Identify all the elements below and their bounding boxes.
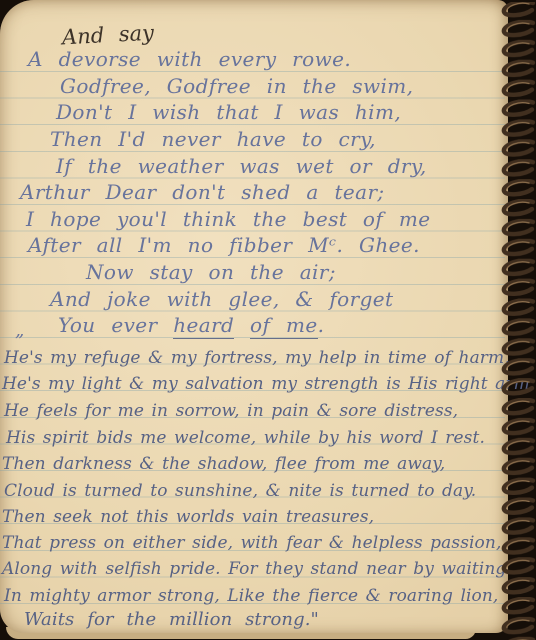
handwritten-line: Then darkness & the shadow, flee from me… bbox=[2, 454, 445, 474]
handwritten-line: A devorse with every rowe. bbox=[28, 47, 351, 71]
margin-quote-mark: „ bbox=[15, 320, 24, 341]
handwritten-line: After all I'm no fibber Mᶜ. Ghee. bbox=[28, 233, 420, 257]
underlined-word: of me bbox=[250, 313, 318, 339]
handwritten-line: If the weather was wet or dry, bbox=[56, 154, 427, 178]
handwritten-line: In mighty armor strong, Like the fierce … bbox=[4, 586, 498, 606]
handwritten-line: Now stay on the air; bbox=[86, 260, 336, 284]
handwritten-line: Waits for the million strong." bbox=[24, 609, 319, 630]
line-text: . bbox=[318, 313, 325, 337]
handwritten-line: Don't I wish that I was him, bbox=[56, 100, 401, 124]
handwritten-line: He feels for me in sorrow, in pain & sor… bbox=[4, 401, 458, 421]
inserted-annotation: And say bbox=[61, 21, 154, 50]
handwritten-line: And joke with glee, & forget bbox=[50, 287, 393, 311]
line-text bbox=[234, 313, 250, 337]
handwritten-line: That press on either side, with fear & h… bbox=[2, 533, 501, 553]
handwritten-line: His spirit bids me welcome, while by his… bbox=[6, 428, 485, 448]
handwritten-line: Arthur Dear don't shed a tear; bbox=[20, 180, 385, 204]
handwritten-line: Then I'd never have to cry, bbox=[50, 127, 376, 151]
handwritten-line: Godfree, Godfree in the swim, bbox=[60, 74, 413, 98]
spiral-binding-coils bbox=[496, 0, 536, 640]
handwritten-line: Cloud is turned to sunshine, & nite is t… bbox=[4, 481, 476, 501]
handwritten-line: Then seek not this worlds vain treasures… bbox=[2, 507, 374, 527]
underlined-word: heard bbox=[173, 313, 234, 339]
handwritten-line: You ever heard of me. bbox=[58, 313, 324, 337]
handwritten-line: Along with selfish pride. For they stand… bbox=[2, 559, 506, 579]
line-text: You ever bbox=[58, 313, 173, 337]
handwritten-line: He's my refuge & my fortress, my help in… bbox=[4, 348, 510, 368]
handwritten-line: I hope you'l think the best of me bbox=[26, 207, 431, 231]
handwritten-line: He's my light & my salvation my strength… bbox=[2, 374, 535, 394]
